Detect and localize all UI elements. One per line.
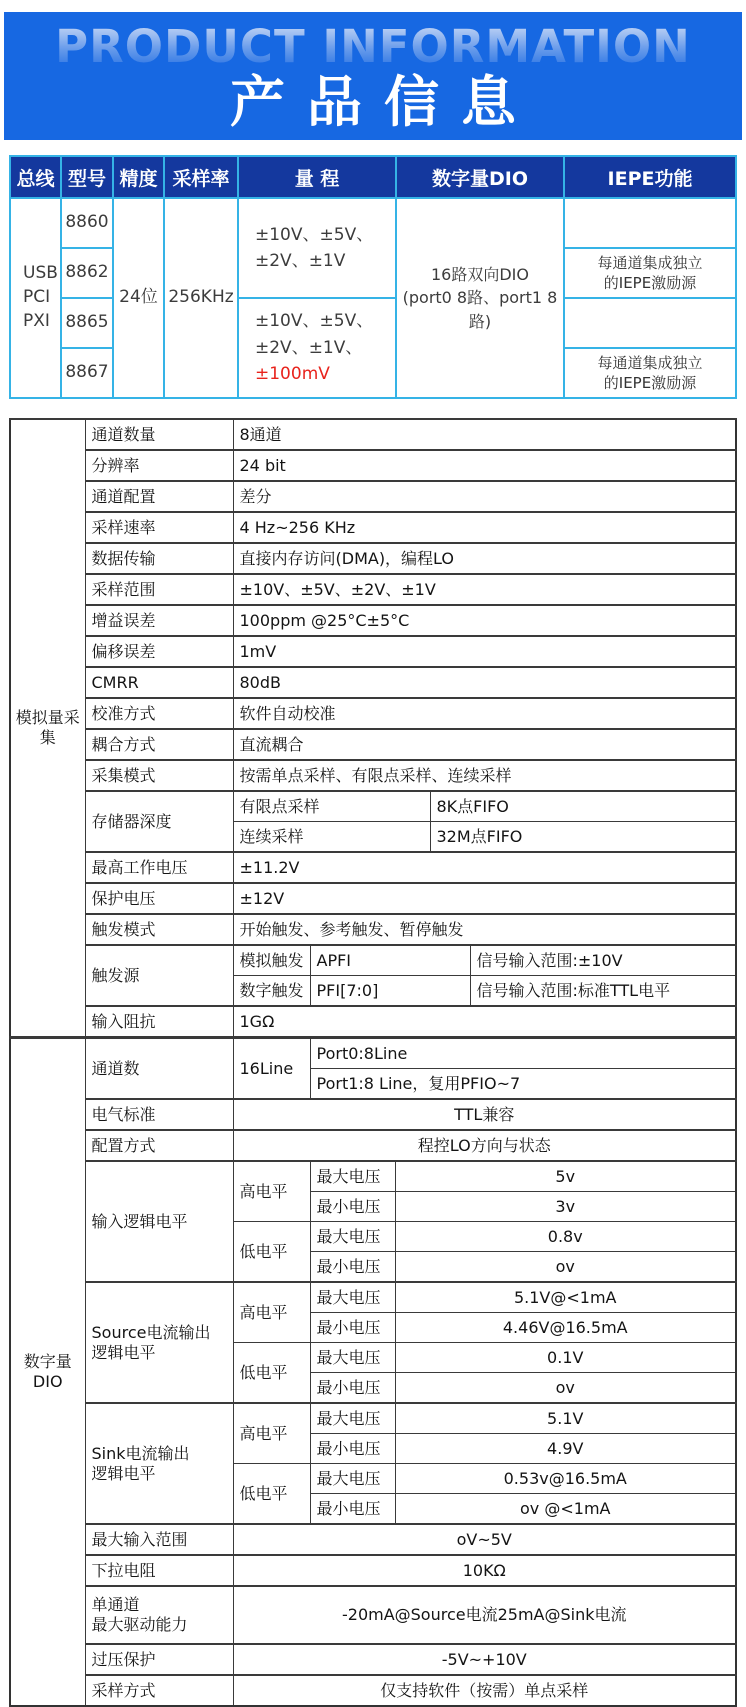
spec-label: 存储器深度 [85, 791, 233, 852]
spec-row-channel-config: 通道配置 差分 [10, 481, 736, 512]
range-group2-black: ±10V、±5V、 ±2V、±1V、 [255, 311, 373, 357]
spec-label: 最高工作电压 [85, 852, 233, 883]
spec-label: 输入逻辑电平 [85, 1161, 233, 1282]
group-label-digital: 数字量 DIO [10, 1038, 85, 1707]
min-voltage-label: 最小电压 [310, 1373, 395, 1404]
spec-value: 4 Hz~256 KHz [233, 512, 736, 543]
max-voltage-label: 最大电压 [310, 1161, 395, 1192]
spec-value: 0.1V [395, 1343, 736, 1373]
level-low-label: 低电平 [233, 1343, 310, 1404]
range-group2-red: ±100mV [255, 364, 330, 384]
spec-row-electrical: 电气标准 TTL兼容 [10, 1099, 736, 1130]
spec-value: 5v [395, 1161, 736, 1192]
spec-row-overvoltage: 过压保护 -5V~+10V [10, 1644, 736, 1675]
precision-cell: 24位 [113, 198, 164, 398]
spec-label: 触发模式 [85, 914, 233, 945]
spec-value: 仅支持软件（按需）单点采样 [233, 1675, 736, 1706]
channels-port1: Port1:8 Line，复用PFIO~7 [310, 1069, 736, 1100]
memory-finite-value: 8K点FIFO [430, 791, 736, 822]
col-header-precision: 精度 [113, 156, 164, 198]
model-cell-8867: 8867 [61, 348, 113, 398]
spec-value: 1GΩ [233, 1006, 736, 1038]
channels-port0: Port0:8Line [310, 1038, 736, 1069]
spec-row-offset-error: 偏移误差 1mV [10, 636, 736, 667]
spec-value: -20mA@Source电流25mA@Sink电流 [233, 1586, 736, 1644]
spec-label: 耦合方式 [85, 729, 233, 760]
spec-label: 分辨率 [85, 450, 233, 481]
spec-label: 偏移误差 [85, 636, 233, 667]
memory-cont-value: 32M点FIFO [430, 822, 736, 853]
spec-value: 直流耦合 [233, 729, 736, 760]
spec-row-trigger-source: 触发源 模拟触发 APFI 信号输入范围:±10V [10, 945, 736, 976]
spec-label: 采样方式 [85, 1675, 233, 1706]
spec-label: 保护电压 [85, 883, 233, 914]
spec-value: ±10V、±5V、±2V、±1V [233, 574, 736, 605]
spec-label: Sink电流输出 逻辑电平 [85, 1403, 233, 1524]
spec-value: ov [395, 1373, 736, 1404]
level-high-label: 高电平 [233, 1161, 310, 1222]
spec-row-sink-logic: Sink电流输出 逻辑电平 高电平 最大电压 5.1V [10, 1403, 736, 1434]
col-header-dio: 数字量DIO [396, 156, 564, 198]
spec-label: 最大输入范围 [85, 1524, 233, 1555]
sample-rate-cell: 256KHz [164, 198, 238, 398]
trigger-digital-label: 数字触发 [233, 976, 310, 1007]
max-voltage-label: 最大电压 [310, 1222, 395, 1252]
col-header-sample-rate: 采样率 [164, 156, 238, 198]
spec-row-resolution: 分辨率 24 bit [10, 450, 736, 481]
spec-row-config: 配置方式 程控LO方向与状态 [10, 1130, 736, 1161]
max-voltage-label: 最大电压 [310, 1464, 395, 1494]
range-cell-group2: ±10V、±5V、 ±2V、±1V、±100mV [238, 298, 396, 398]
spec-value: 软件自动校准 [233, 698, 736, 729]
spec-value: 4.9V [395, 1434, 736, 1464]
spec-value: 80dB [233, 667, 736, 698]
iepe-cell-8860 [564, 198, 736, 248]
spec-label: 电气标准 [85, 1099, 233, 1130]
trigger-digital-note: 信号输入范围:标准TTL电平 [470, 976, 736, 1007]
spec-value: 0.53v@16.5mA [395, 1464, 736, 1494]
spec-value: ov @<1mA [395, 1494, 736, 1525]
spec-label: 采样速率 [85, 512, 233, 543]
spec-row-trigger-mode: 触发模式 开始触发、参考触发、暂停触发 [10, 914, 736, 945]
max-voltage-label: 最大电压 [310, 1403, 395, 1434]
spec-row-input-logic: 输入逻辑电平 高电平 最大电压 5v [10, 1161, 736, 1192]
dio-cell: 16路双向DIO (port0 8路、port1 8路) [396, 198, 564, 398]
spec-row-sampling: 采样方式 仅支持软件（按需）单点采样 [10, 1675, 736, 1706]
iepe-cell-8867: 每通道集成独立 的IEPE激励源 [564, 348, 736, 398]
spec-label: 采集模式 [85, 760, 233, 791]
spec-label: 单通道 最大驱动能力 [85, 1586, 233, 1644]
spec-value: 1mV [233, 636, 736, 667]
spec-value: 程控LO方向与状态 [233, 1130, 736, 1161]
spec-row-acq-mode: 采集模式 按需单点采样、有限点采样、连续采样 [10, 760, 736, 791]
spec-row-data-transfer: 数据传输 直接内存访问(DMA)，编程LO [10, 543, 736, 574]
model-cell-8862: 8862 [61, 248, 113, 298]
spec-label: 触发源 [85, 945, 233, 1006]
group-label-analog: 模拟量采 集 [10, 419, 85, 1038]
spec-label: 通道数 [85, 1038, 233, 1100]
spec-label: 配置方式 [85, 1130, 233, 1161]
col-header-model: 型号 [61, 156, 113, 198]
spec-value: 3v [395, 1192, 736, 1222]
col-header-iepe: IEPE功能 [564, 156, 736, 198]
spec-row-source-logic: Source电流输出 逻辑电平 高电平 最大电压 5.1V@<1mA [10, 1282, 736, 1313]
product-info-banner: PRODUCT INFORMATION 产品信息 [4, 12, 742, 140]
spec-value: 4.46V@16.5mA [395, 1313, 736, 1343]
col-header-bus: 总线 [10, 156, 61, 198]
memory-cont-label: 连续采样 [233, 822, 430, 853]
spec-row-gain-error: 增益误差 100ppm @25°C±5°C [10, 605, 736, 636]
min-voltage-label: 最小电压 [310, 1494, 395, 1525]
spec-label: 增益误差 [85, 605, 233, 636]
spec-label: 采样范围 [85, 574, 233, 605]
specification-table: 模拟量采 集 通道数量 8通道 分辨率 24 bit 通道配置 差分 采样速率 … [9, 418, 737, 1707]
spec-label: 通道数量 [85, 419, 233, 450]
spec-value: 10KΩ [233, 1555, 736, 1586]
range-cell-group1: ±10V、±5V、 ±2V、±1V [238, 198, 396, 298]
spec-row-pulldown: 下拉电阻 10KΩ [10, 1555, 736, 1586]
spec-value: 5.1V@<1mA [395, 1282, 736, 1313]
spec-value: 0.8v [395, 1222, 736, 1252]
model-cell-8860: 8860 [61, 198, 113, 248]
spec-value: 按需单点采样、有限点采样、连续采样 [233, 760, 736, 791]
min-voltage-label: 最小电压 [310, 1313, 395, 1343]
spec-row-coupling: 耦合方式 直流耦合 [10, 729, 736, 760]
spec-value: ov [395, 1252, 736, 1283]
spec-label: 输入阻抗 [85, 1006, 233, 1038]
max-voltage-label: 最大电压 [310, 1343, 395, 1373]
spec-label: 校准方式 [85, 698, 233, 729]
level-high-label: 高电平 [233, 1403, 310, 1464]
spec-label: Source电流输出 逻辑电平 [85, 1282, 233, 1403]
spec-value: 差分 [233, 481, 736, 512]
spec-value: 5.1V [395, 1403, 736, 1434]
spec-value: -5V~+10V [233, 1644, 736, 1675]
spec-value: 开始触发、参考触发、暂停触发 [233, 914, 736, 945]
bus-cell: USB PCI PXI [10, 198, 61, 398]
model-cell-8865: 8865 [61, 298, 113, 348]
trigger-analog-value: APFI [310, 945, 470, 976]
spec-value: 100ppm @25°C±5°C [233, 605, 736, 636]
spec-value: ±12V [233, 883, 736, 914]
min-voltage-label: 最小电压 [310, 1434, 395, 1464]
spec-row-sample-range: 采样范围 ±10V、±5V、±2V、±1V [10, 574, 736, 605]
spec-label: 下拉电阻 [85, 1555, 233, 1586]
trigger-digital-value: PFI[7:0] [310, 976, 470, 1007]
spec-row-channel-count: 模拟量采 集 通道数量 8通道 [10, 419, 736, 450]
spec-row-input-impedance: 输入阻抗 1GΩ [10, 1006, 736, 1038]
memory-finite-label: 有限点采样 [233, 791, 430, 822]
model-row-8860: USB PCI PXI 8860 24位 256KHz ±10V、±5V、 ±2… [10, 198, 736, 248]
trigger-analog-label: 模拟触发 [233, 945, 310, 976]
spec-value: TTL兼容 [233, 1099, 736, 1130]
level-high-label: 高电平 [233, 1282, 310, 1343]
spec-row-calibration: 校准方式 软件自动校准 [10, 698, 736, 729]
spec-row-cmrr: CMRR 80dB [10, 667, 736, 698]
iepe-cell-8862: 每通道集成独立 的IEPE激励源 [564, 248, 736, 298]
spec-row-max-input-range: 最大输入范围 oV~5V [10, 1524, 736, 1555]
spec-row-channels: 数字量 DIO 通道数 16Line Port0:8Line [10, 1038, 736, 1069]
model-table-header-row: 总线 型号 精度 采样率 量 程 数字量DIO IEPE功能 [10, 156, 736, 198]
spec-label: CMRR [85, 667, 233, 698]
spec-value: oV~5V [233, 1524, 736, 1555]
spec-row-sample-rate: 采样速率 4 Hz~256 KHz [10, 512, 736, 543]
level-low-label: 低电平 [233, 1222, 310, 1283]
spec-label: 数据传输 [85, 543, 233, 574]
spec-row-max-working-voltage: 最高工作电压 ±11.2V [10, 852, 736, 883]
spec-label: 通道配置 [85, 481, 233, 512]
trigger-analog-note: 信号输入范围:±10V [470, 945, 736, 976]
spec-value: 8通道 [233, 419, 736, 450]
col-header-range: 量 程 [238, 156, 396, 198]
model-comparison-table: 总线 型号 精度 采样率 量 程 数字量DIO IEPE功能 USB PCI P… [9, 155, 737, 399]
page-title: 产品信息 [4, 58, 742, 137]
level-low-label: 低电平 [233, 1464, 310, 1525]
spec-row-memory-depth: 存储器深度 有限点采样 8K点FIFO [10, 791, 736, 822]
spec-label: 过压保护 [85, 1644, 233, 1675]
spec-value: ±11.2V [233, 852, 736, 883]
channels-total: 16Line [233, 1038, 310, 1100]
iepe-cell-8865 [564, 298, 736, 348]
spec-value: 直接内存访问(DMA)，编程LO [233, 543, 736, 574]
spec-row-drive: 单通道 最大驱动能力 -20mA@Source电流25mA@Sink电流 [10, 1586, 736, 1644]
min-voltage-label: 最小电压 [310, 1252, 395, 1283]
spec-row-protection-voltage: 保护电压 ±12V [10, 883, 736, 914]
spec-value: 24 bit [233, 450, 736, 481]
min-voltage-label: 最小电压 [310, 1192, 395, 1222]
max-voltage-label: 最大电压 [310, 1282, 395, 1313]
